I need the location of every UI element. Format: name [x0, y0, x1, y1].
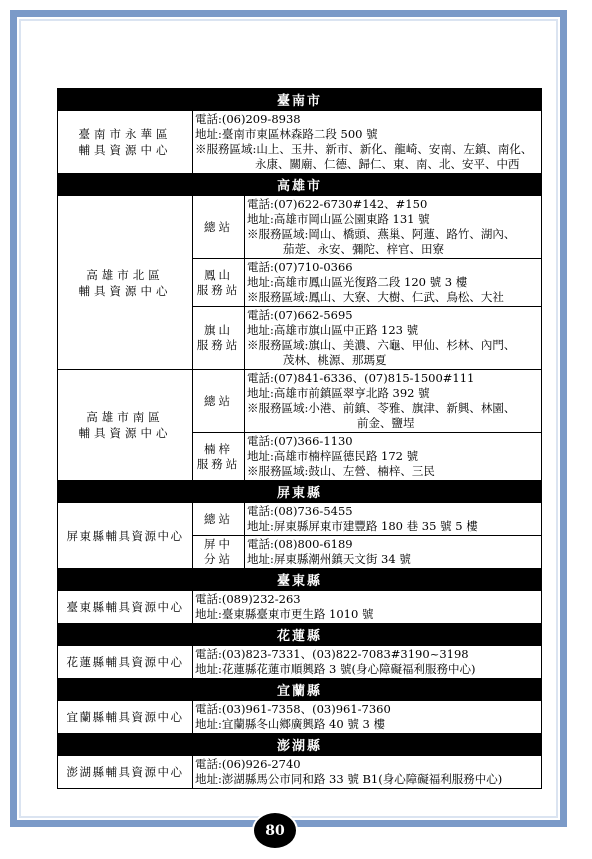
page-number: 80 — [265, 823, 284, 839]
table-row: 花蓮縣 — [58, 624, 542, 646]
table-row: 花蓮縣輔具資源中心 電話:(03)823-7331、(03)822-7083#3… — [58, 646, 542, 679]
region-band-yilan: 宜蘭縣 — [58, 679, 542, 701]
table-row: 臺東縣 — [58, 569, 542, 591]
tel-line: 電話:(03)823-7331、(03)822-7083#3190~3198 — [195, 647, 539, 662]
table-row: 宜蘭縣輔具資源中心 電話:(03)961-7358、(03)961-7360 地… — [58, 701, 542, 734]
table-row: 澎湖縣 — [58, 734, 542, 756]
station-label-kn-qishan: 旗山 服務站 — [193, 307, 245, 370]
center-details-penghu: 電話:(06)926-2740 地址:澎湖縣馬公市同和路 33 號 B1(身心障… — [193, 756, 542, 789]
addr-line: 地址:臺南市東區林森路二段 500 號 — [195, 127, 539, 142]
table-row: 澎湖縣輔具資源中心 電話:(06)926-2740 地址:澎湖縣馬公市同和路 3… — [58, 756, 542, 789]
addr-line: 地址:高雄市楠梓區德民路 172 號 — [247, 449, 539, 464]
addr-line: 地址:高雄市前鎮區翠亨北路 392 號 — [247, 386, 539, 401]
station-label-kn-fengshan: 鳳山 服務站 — [193, 259, 245, 307]
center-name-penghu: 澎湖縣輔具資源中心 — [58, 756, 193, 789]
service-area-line: ※服務區域:鼓山、左營、楠梓、三民 — [247, 464, 539, 479]
station-details-kn-main: 電話:(07)622-6730#142、#150 地址:高雄市岡山區公園東路 1… — [245, 196, 542, 259]
table-row: 高雄市 — [58, 174, 542, 196]
center-name-hualien: 花蓮縣輔具資源中心 — [58, 646, 193, 679]
resource-center-table: 臺南市 臺南市永華區 輔具資源中心 電話:(06)209-8938 地址:臺南市… — [57, 88, 542, 789]
service-area-line: 茂林、桃源、那瑪夏 — [247, 353, 539, 368]
addr-line: 地址:高雄市鳳山區光復路二段 120 號 3 樓 — [247, 275, 539, 290]
service-area-line: ※服務區域:旗山、美濃、六龜、甲仙、杉林、內門、 — [247, 338, 539, 353]
station-label-ks-nanzi: 楠梓 服務站 — [193, 433, 245, 481]
station-label-ks-main: 總站 — [193, 370, 245, 433]
tel-line: 電話:(07)366-1130 — [247, 434, 539, 449]
region-band-kaohsiung: 高雄市 — [58, 174, 542, 196]
addr-line: 地址:宜蘭縣冬山鄉廣興路 40 號 3 樓 — [195, 717, 539, 732]
service-area-line: 永康、關廟、仁德、歸仁、東、南、北、安平、中西 — [195, 157, 539, 172]
station-label-pt-pingzhong: 屏中 分站 — [193, 536, 245, 569]
addr-line: 地址:花蓮縣花蓮市順興路 3 號(身心障礙福利服務中心) — [195, 662, 539, 677]
region-band-penghu: 澎湖縣 — [58, 734, 542, 756]
addr-line: 地址:屏東縣潮州鎮天文街 34 號 — [247, 552, 539, 567]
station-label-kn-main: 總站 — [193, 196, 245, 259]
region-band-taitung: 臺東縣 — [58, 569, 542, 591]
table-row: 高雄市北區 輔具資源中心 總站 電話:(07)622-6730#142、#150… — [58, 196, 542, 259]
document-page: 臺南市 臺南市永華區 輔具資源中心 電話:(06)209-8938 地址:臺南市… — [0, 0, 592, 859]
service-area-line: 前金、鹽埕 — [247, 416, 539, 431]
center-name-kaohsiung-south: 高雄市南區 輔具資源中心 — [58, 370, 193, 481]
service-area-line: ※服務區域:山上、玉井、新市、新化、龍崎、安南、左鎮、南化、 — [195, 142, 539, 157]
tel-line: 電話:(07)841-6336、(07)815-1500#111 — [247, 371, 539, 386]
region-band-pingtung: 屏東縣 — [58, 481, 542, 503]
service-area-line: ※服務區域:岡山、橋頭、燕巢、阿蓮、路竹、湖內、 — [247, 227, 539, 242]
center-details-taitung: 電話:(089)232-263 地址:臺東縣臺東市更生路 1010 號 — [193, 591, 542, 624]
tel-line: 電話:(06)926-2740 — [195, 757, 539, 772]
service-area-line: ※服務區域:鳳山、大寮、大樹、仁武、鳥松、大社 — [247, 290, 539, 305]
tel-line: 電話:(08)736-5455 — [247, 504, 539, 519]
station-details-pt-pingzhong: 電話:(08)800-6189 地址:屏東縣潮州鎮天文街 34 號 — [245, 536, 542, 569]
station-details-ks-nanzi: 電話:(07)366-1130 地址:高雄市楠梓區德民路 172 號 ※服務區域… — [245, 433, 542, 481]
table-row: 宜蘭縣 — [58, 679, 542, 701]
table-row: 臺南市永華區 輔具資源中心 電話:(06)209-8938 地址:臺南市東區林森… — [58, 111, 542, 174]
tel-line: 電話:(07)662-5695 — [247, 308, 539, 323]
page-number-badge: 80 — [252, 811, 298, 850]
tel-line: 電話:(07)710-0366 — [247, 260, 539, 275]
center-name-taitung: 臺東縣輔具資源中心 — [58, 591, 193, 624]
addr-line: 地址:臺東縣臺東市更生路 1010 號 — [195, 607, 539, 622]
station-details-ks-main: 電話:(07)841-6336、(07)815-1500#111 地址:高雄市前… — [245, 370, 542, 433]
station-details-pt-main: 電話:(08)736-5455 地址:屏東縣屏東市建豐路 180 巷 35 號 … — [245, 503, 542, 536]
addr-line: 地址:澎湖縣馬公市同和路 33 號 B1(身心障礙福利服務中心) — [195, 772, 539, 787]
center-name-tainan-yonghua: 臺南市永華區 輔具資源中心 — [58, 111, 193, 174]
table-row: 臺南市 — [58, 89, 542, 111]
center-name-kaohsiung-north: 高雄市北區 輔具資源中心 — [58, 196, 193, 370]
station-label-pt-main: 總站 — [193, 503, 245, 536]
center-details-yilan: 電話:(03)961-7358、(03)961-7360 地址:宜蘭縣冬山鄉廣興… — [193, 701, 542, 734]
table-row: 屏東縣 — [58, 481, 542, 503]
addr-line: 地址:屏東縣屏東市建豐路 180 巷 35 號 5 樓 — [247, 519, 539, 534]
center-name-pingtung: 屏東縣輔具資源中心 — [58, 503, 193, 569]
center-name-yilan: 宜蘭縣輔具資源中心 — [58, 701, 193, 734]
addr-line: 地址:高雄市岡山區公園東路 131 號 — [247, 212, 539, 227]
tel-line: 電話:(03)961-7358、(03)961-7360 — [195, 702, 539, 717]
table-row: 屏東縣輔具資源中心 總站 電話:(08)736-5455 地址:屏東縣屏東市建豐… — [58, 503, 542, 536]
center-details-hualien: 電話:(03)823-7331、(03)822-7083#3190~3198 地… — [193, 646, 542, 679]
tel-line: 電話:(089)232-263 — [195, 592, 539, 607]
station-details-kn-fengshan: 電話:(07)710-0366 地址:高雄市鳳山區光復路二段 120 號 3 樓… — [245, 259, 542, 307]
tel-line: 電話:(08)800-6189 — [247, 537, 539, 552]
tel-line: 電話:(07)622-6730#142、#150 — [247, 197, 539, 212]
table-row: 高雄市南區 輔具資源中心 總站 電話:(07)841-6336、(07)815-… — [58, 370, 542, 433]
table-row: 臺東縣輔具資源中心 電話:(089)232-263 地址:臺東縣臺東市更生路 1… — [58, 591, 542, 624]
station-details-kn-qishan: 電話:(07)662-5695 地址:高雄市旗山區中正路 123 號 ※服務區域… — [245, 307, 542, 370]
region-band-hualien: 花蓮縣 — [58, 624, 542, 646]
center-details-tainan: 電話:(06)209-8938 地址:臺南市東區林森路二段 500 號 ※服務區… — [193, 111, 542, 174]
tel-line: 電話:(06)209-8938 — [195, 112, 539, 127]
service-area-line: ※服務區域:小港、前鎮、苓雅、旗津、新興、林園、 — [247, 401, 539, 416]
addr-line: 地址:高雄市旗山區中正路 123 號 — [247, 323, 539, 338]
region-band-tainan: 臺南市 — [58, 89, 542, 111]
service-area-line: 茄萣、永安、彌陀、梓官、田寮 — [247, 242, 539, 257]
